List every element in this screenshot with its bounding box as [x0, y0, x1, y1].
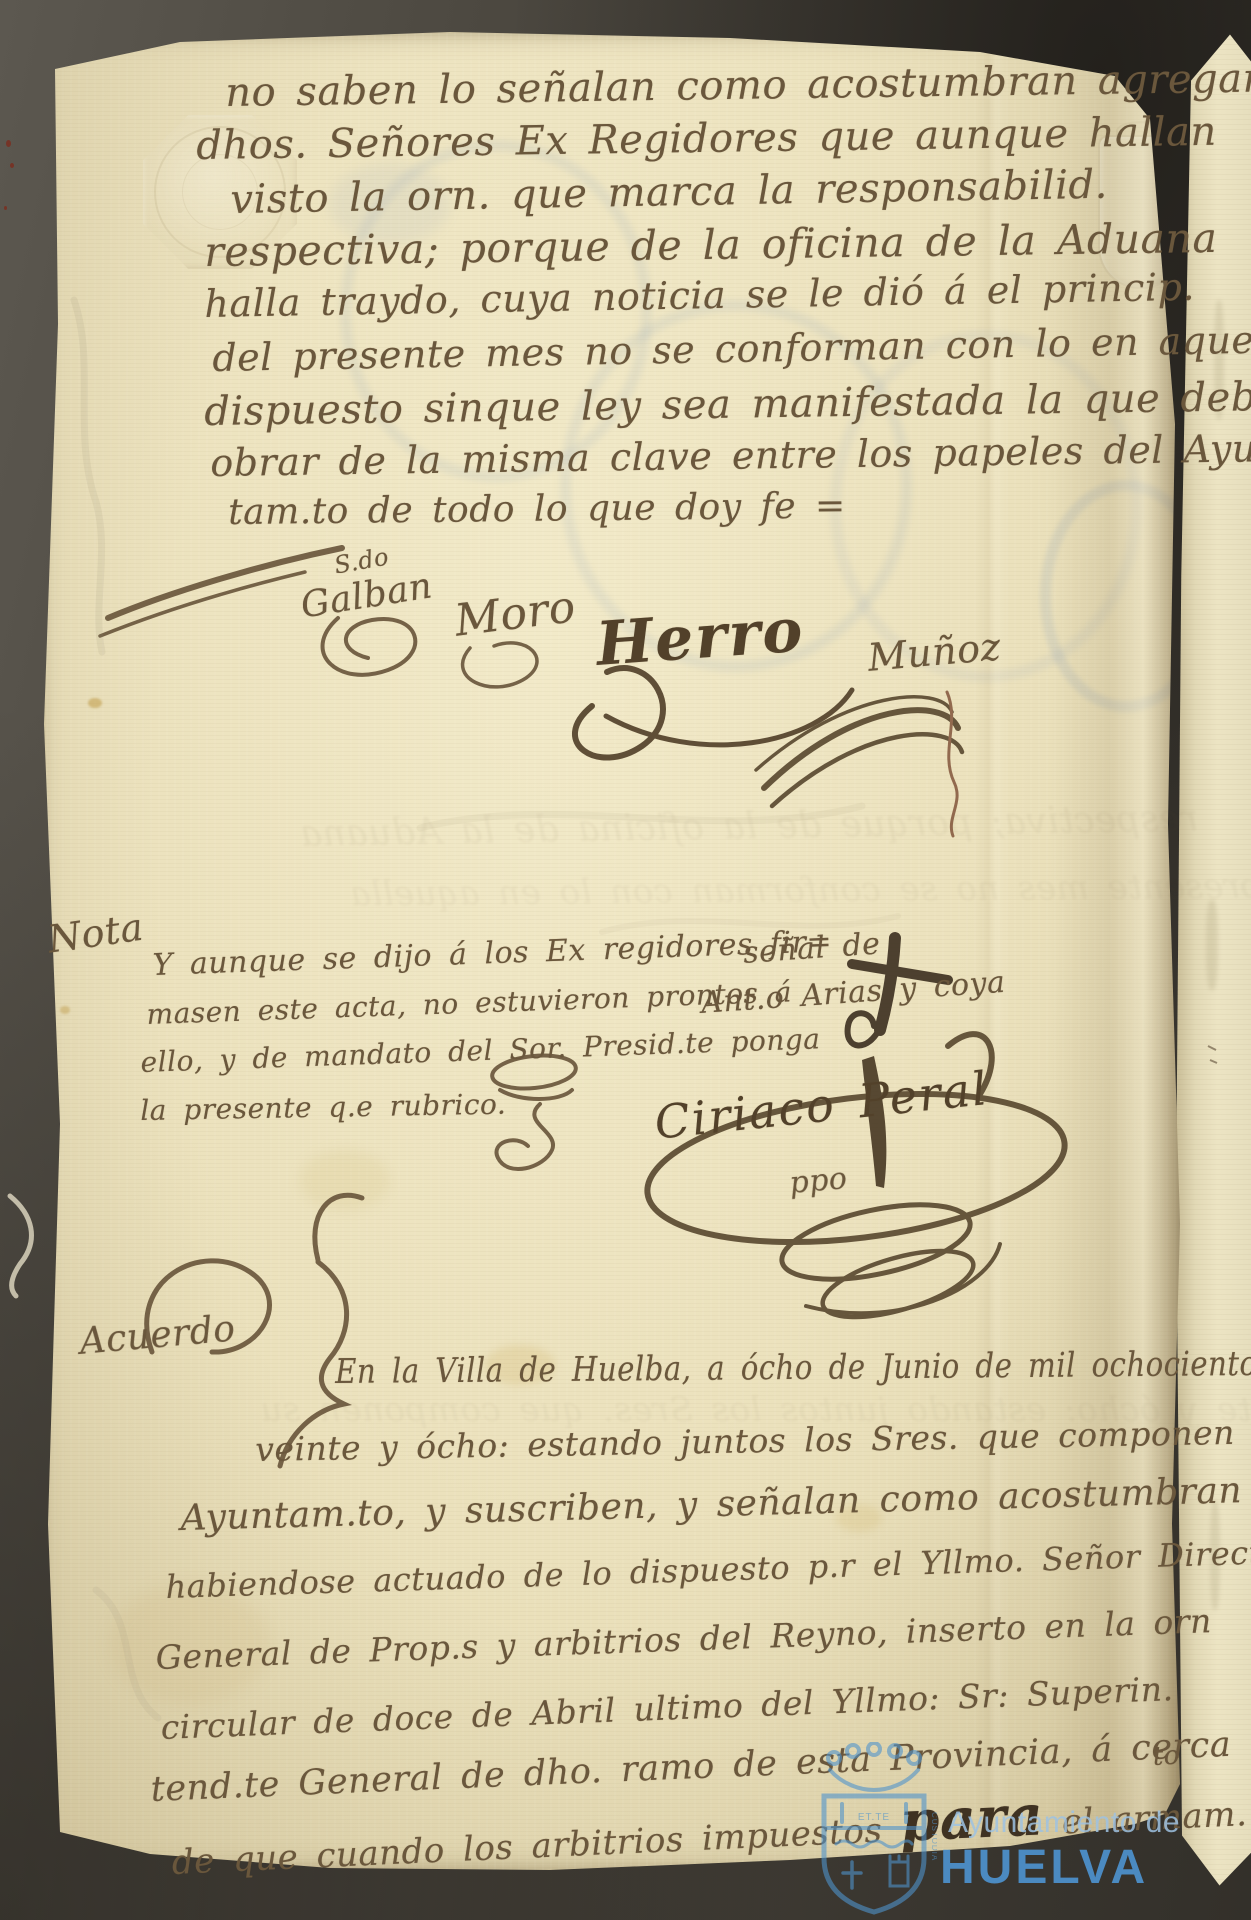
bleed-ghost-line: del presente mes no se conforman con lo … [350, 866, 1251, 915]
manuscript-line: tam.to de todo lo que doy fe = [228, 486, 846, 533]
signature-herro: Herro [594, 595, 806, 679]
acuerdo-final-right: el armam. [1061, 1794, 1248, 1842]
foxing-stain [60, 1006, 70, 1014]
nota-line: la presente q.e rubrico. [140, 1088, 507, 1127]
acuerdo-line: En la Villa de Huelba, a ócho de Junio d… [335, 1344, 1251, 1392]
foxing-stain [300, 1150, 390, 1210]
paper-fibre [10, 1196, 31, 1296]
dust-speck [6, 140, 11, 147]
bleed-through-mark [1206, 900, 1218, 990]
archive-photo: no saben lo señalan como acostumbran agr… [0, 0, 1251, 1920]
acuerdo-final-emphasis: para [899, 1782, 1045, 1854]
acuerdo-margin-word: to [1152, 1741, 1181, 1772]
signature-ciriaco-suffix: ppo [788, 1161, 849, 1201]
acuerdo-final-left: de que cuando los arbitrios impuestos [171, 1811, 883, 1883]
dust-speck [4, 206, 7, 210]
foxing-stain [88, 698, 102, 708]
dust-speck [10, 163, 14, 168]
